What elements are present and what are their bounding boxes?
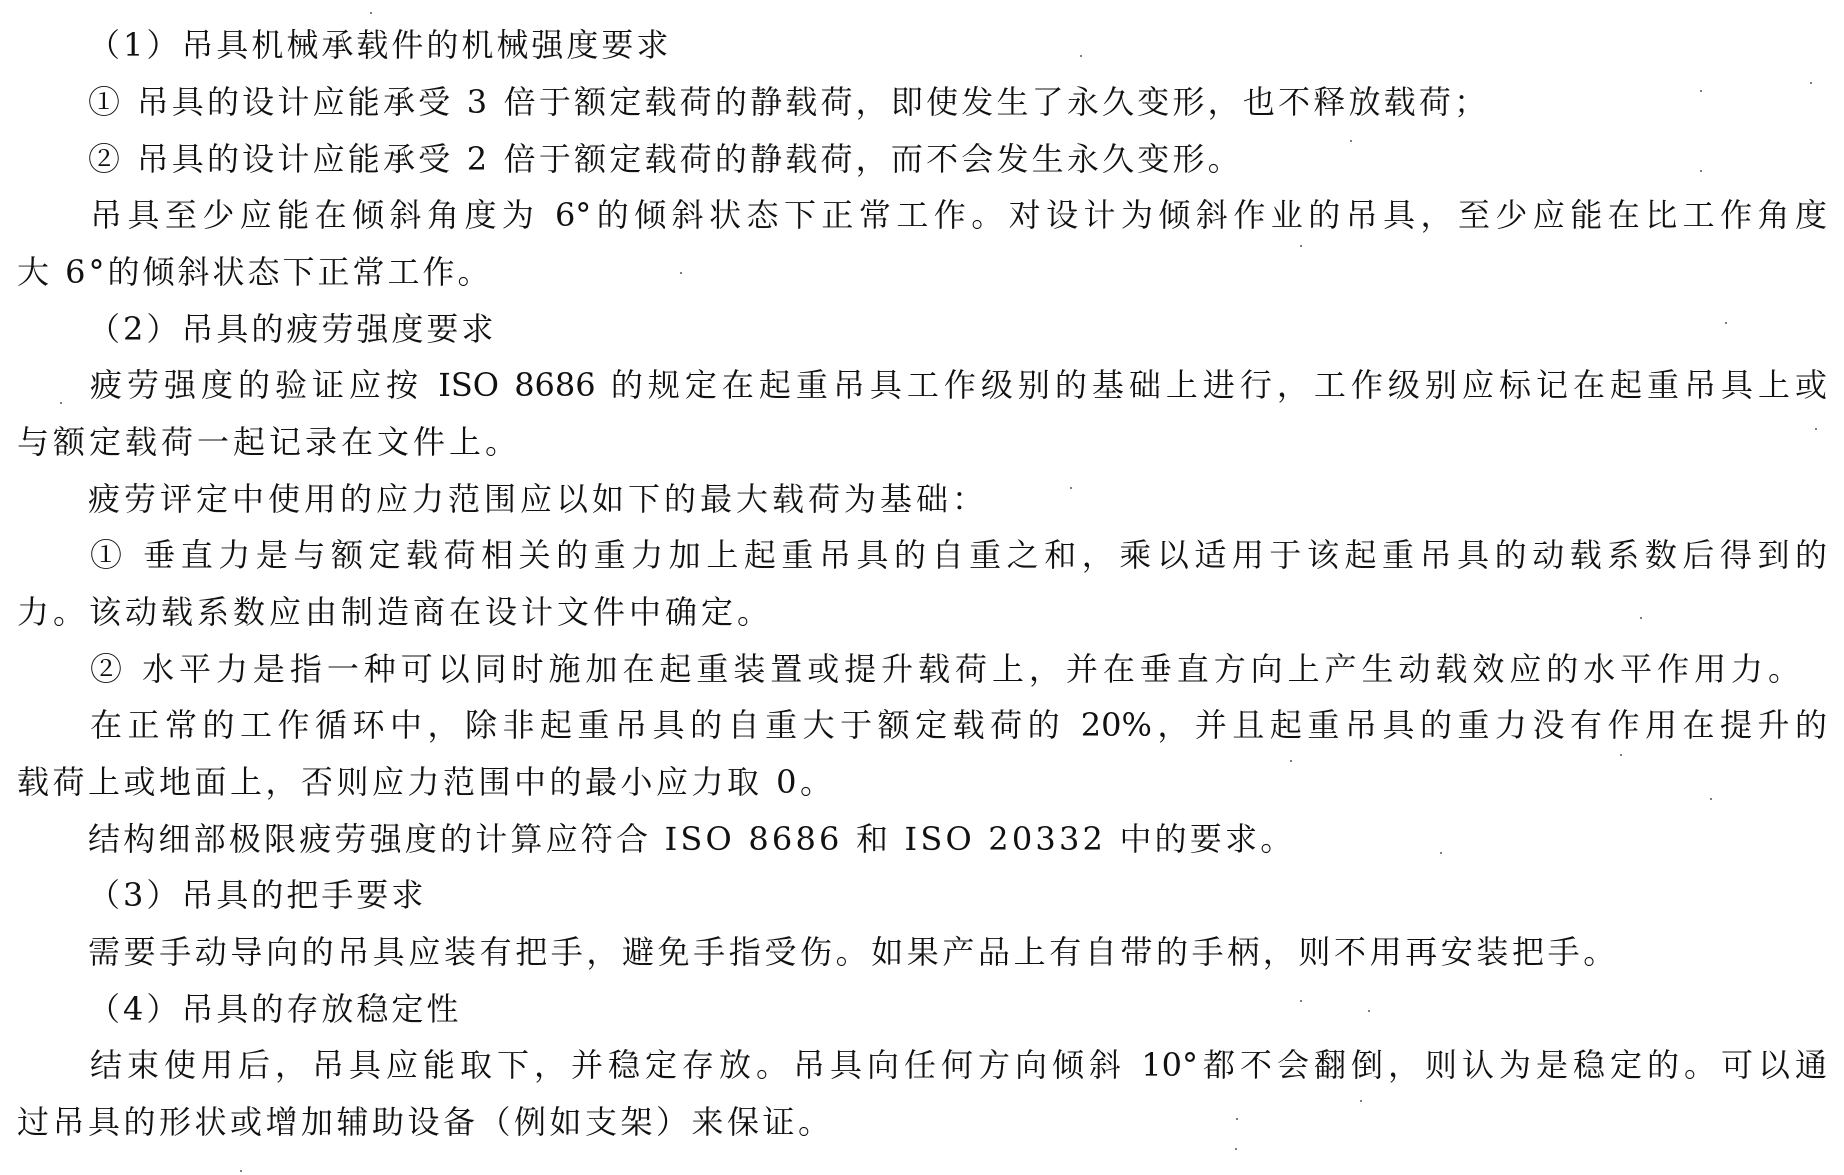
scan-speck: [1368, 1010, 1370, 1012]
scan-speck: [1640, 617, 1642, 619]
scan-speck: [1070, 487, 1072, 489]
storage-stability-line-2: 过吊具的形状或增加辅助设备（例如支架）来保证。: [17, 1102, 834, 1142]
vertical-force-line-2: 力。该动载系数应由制造商在设计文件中确定。: [17, 592, 773, 632]
requirement-item-2: ② 吊具的设计应能承受 2 倍于额定载荷的静载荷，而不会发生永久变形。: [88, 139, 1243, 179]
storage-stability-line-1: 结束使用后，吊具应能取下，并稳定存放。吊具向任何方向倾斜 10°都不会翻倒，则认…: [90, 1045, 1827, 1085]
section-heading-4: （4）吊具的存放稳定性: [88, 989, 461, 1029]
scan-speck: [1350, 140, 1352, 142]
scan-speck: [370, 12, 372, 14]
paragraph-tilt-line-1: 吊具至少应能在倾斜角度为 6°的倾斜状态下正常工作。对设计为倾斜作业的吊具，至少…: [90, 195, 1827, 235]
section-heading-2: （2）吊具的疲劳强度要求: [88, 309, 496, 349]
paragraph-tilt-line-2: 大 6°的倾斜状态下正常工作。: [17, 252, 493, 292]
scan-speck: [1300, 245, 1302, 247]
paragraph-fatigue-line-1: 疲劳强度的验证应按 ISO 8686 的规定在起重吊具工作级别的基础上进行，工作…: [90, 365, 1827, 405]
scan-speck: [1710, 798, 1712, 800]
requirement-item-1: ① 吊具的设计应能承受 3 倍于额定载荷的静载荷，即使发生了永久变形，也不释放载…: [88, 82, 1489, 122]
scan-speck: [1620, 754, 1622, 756]
scanned-document-page: （1）吊具机械承载件的机械强度要求 ① 吊具的设计应能承受 3 倍于额定载荷的静…: [0, 0, 1844, 1175]
structural-detail-line: 结构细部极限疲劳强度的计算应符合 ISO 8686 和 ISO 20332 中的…: [88, 819, 1295, 859]
scan-speck: [1810, 82, 1812, 84]
scan-speck: [680, 272, 682, 274]
work-cycle-line-2: 载荷上或地面上，否则应力范围中的最小应力取 0。: [17, 762, 836, 802]
work-cycle-line-1: 在正常的工作循环中，除非起重吊具的自重大于额定载荷的 20%，并且起重吊具的重力…: [90, 705, 1827, 745]
scan-speck: [1700, 90, 1702, 92]
scan-speck: [1815, 428, 1817, 430]
vertical-force-line-1: ① 垂直力是与额定载荷相关的重力加上起重吊具的自重之和，乘以适用于该起重吊具的动…: [90, 535, 1827, 575]
scan-speck: [1080, 55, 1082, 57]
paragraph-fatigue-line-2: 与额定载荷一起记录在文件上。: [17, 422, 521, 462]
scan-speck: [1725, 322, 1727, 324]
scan-speck: [1236, 1118, 1238, 1120]
horizontal-force-line: ② 水平力是指一种可以同时施加在起重装置或提升载荷上，并在垂直方向上产生动载效应…: [90, 649, 1800, 689]
handle-requirement-line: 需要手动导向的吊具应装有把手，避免手指受伤。如果产品上有自带的手柄，则不用再安装…: [88, 932, 1619, 972]
scan-speck: [1300, 1000, 1302, 1002]
scan-speck: [1440, 852, 1442, 854]
section-heading-3: （3）吊具的把手要求: [88, 875, 426, 915]
scan-speck: [240, 1170, 242, 1172]
scan-speck: [1290, 760, 1292, 762]
scan-speck: [1700, 170, 1702, 172]
scan-speck: [1235, 1148, 1237, 1150]
scan-speck: [60, 402, 62, 404]
scan-speck: [1360, 1100, 1362, 1102]
paragraph-stress-range: 疲劳评定中使用的应力范围应以如下的最大载荷为基础：: [88, 479, 988, 519]
section-heading-1: （1）吊具机械承载件的机械强度要求: [88, 25, 671, 65]
